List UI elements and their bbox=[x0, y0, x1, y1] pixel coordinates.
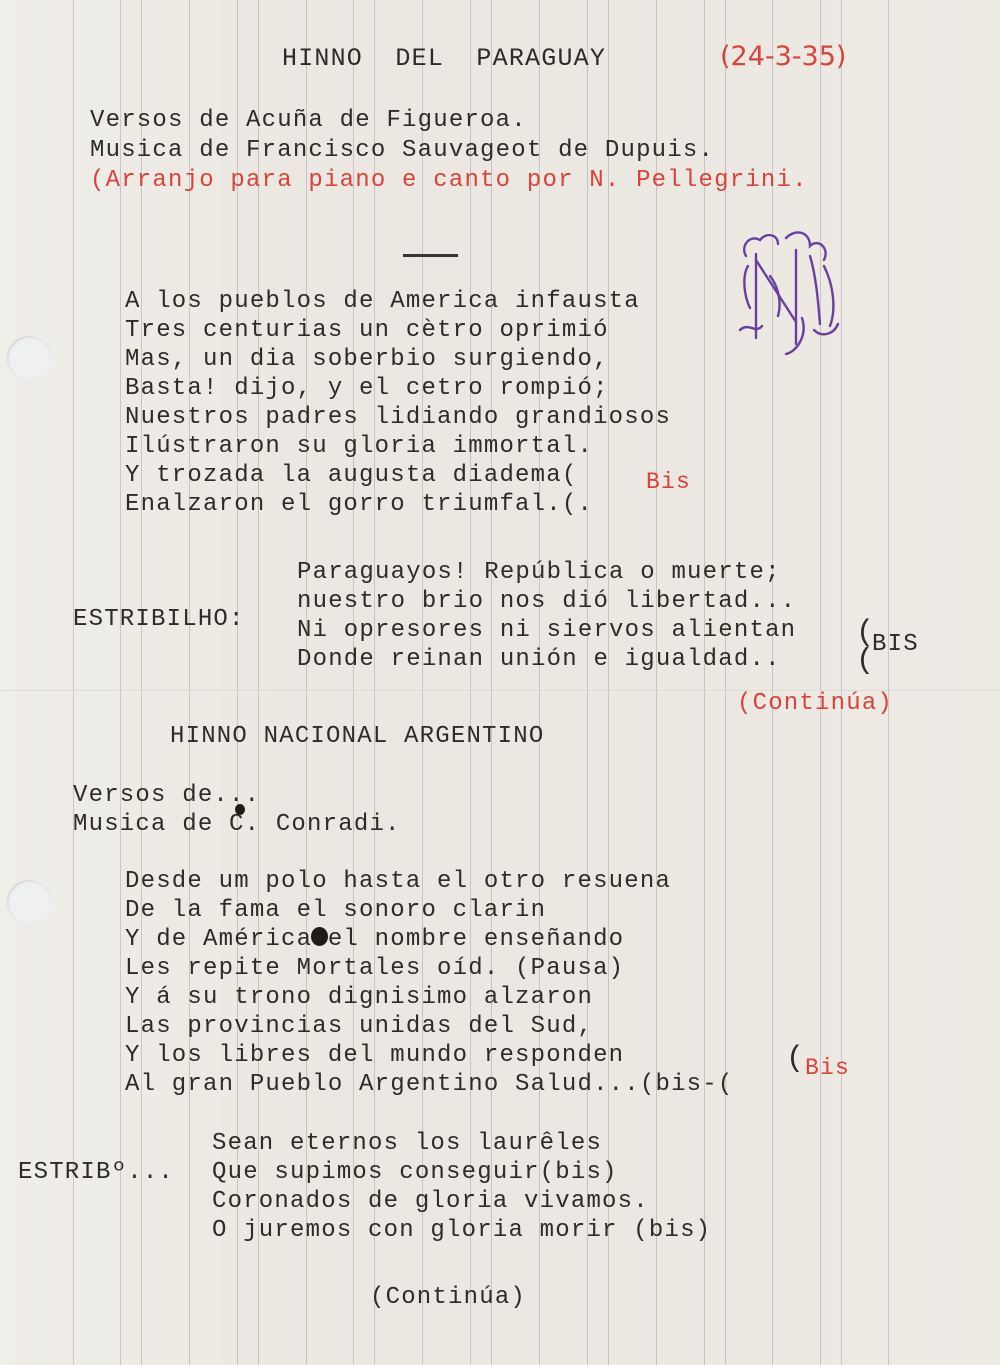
argentina-chorus-label: ESTRIBº... bbox=[18, 1158, 174, 1187]
paraguay-stanza-line: Tres centurias un cètro oprimió bbox=[125, 316, 609, 345]
argentina-chorus-line: Sean eternos los laurêles bbox=[212, 1129, 602, 1158]
argentina-stanza-line: Y á su trono dignisimo alzaron bbox=[125, 983, 593, 1012]
punch-hole bbox=[7, 880, 51, 924]
paraguay-stanza-line: Mas, un dia soberbio surgiendo, bbox=[125, 345, 609, 374]
punch-hole bbox=[7, 336, 51, 380]
argentina-title: HINNO NACIONAL ARGENTINO bbox=[170, 722, 544, 751]
ruled-line bbox=[189, 0, 190, 1365]
argentina-stanza-line: Y los libres del mundo responden bbox=[125, 1041, 624, 1070]
ruled-line bbox=[820, 0, 821, 1365]
argentina-credit-lyrics: Versos de... bbox=[73, 781, 260, 810]
paraguay-credit-lyrics: Versos de Acuña de Figueroa. bbox=[90, 106, 527, 135]
stanza-bracket: ( bbox=[786, 1044, 804, 1074]
argentina-chorus-line: Que supimos conseguir(bis) bbox=[212, 1158, 618, 1187]
ruled-line bbox=[725, 0, 726, 1365]
paraguay-chorus-label: ESTRIBILHO: bbox=[73, 605, 245, 634]
argentina-credit-music: Musica de C. Conradi. bbox=[73, 810, 401, 839]
paraguay-chorus-bis: BIS bbox=[872, 630, 919, 659]
paraguay-stanza-line: Ilústraron su gloria immortal. bbox=[125, 432, 593, 461]
paraguay-stanza-line: A los pueblos de America infausta bbox=[125, 287, 640, 316]
argentina-chorus-line: O juremos con gloria morir (bis) bbox=[212, 1216, 711, 1245]
typewritten-page: HINNO DEL PARAGUAY (24-3-35) Versos de A… bbox=[0, 0, 1000, 1365]
ruled-line bbox=[841, 0, 842, 1365]
argentina-stanza-line: Al gran Pueblo Argentino Salud...(bis-( bbox=[125, 1070, 734, 1099]
paraguay-chorus-line: Donde reinan unión e igualdad.. bbox=[297, 645, 781, 674]
ruled-line bbox=[772, 0, 773, 1365]
argentina-stanza-line: Les repite Mortales oíd. (Pausa) bbox=[125, 954, 624, 983]
monogram-stamp-icon bbox=[726, 226, 846, 362]
argentina-stanza-bis: Bis bbox=[805, 1054, 850, 1083]
paraguay-chorus-line: nuestro brio nos dió libertad... bbox=[297, 587, 796, 616]
ruled-line bbox=[704, 0, 705, 1365]
paraguay-title: HINNO DEL PARAGUAY bbox=[282, 44, 606, 73]
paraguay-credit-arrangement: (Arranjo para piano e canto por N. Pelle… bbox=[90, 166, 808, 195]
paraguay-stanza-bis: Bis bbox=[646, 468, 691, 497]
paraguay-credit-music: Musica de Francisco Sauvageot de Dupuis. bbox=[90, 136, 714, 165]
ruled-line bbox=[888, 0, 889, 1365]
paraguay-stanza-line: Y trozada la augusta diadema( bbox=[125, 461, 577, 490]
argentina-stanza-line: Y de América el nombre enseñando bbox=[125, 925, 624, 954]
paraguay-chorus-line: Paraguayos! República o muerte; bbox=[297, 558, 781, 587]
ruled-line bbox=[656, 0, 657, 1365]
paraguay-stanza-line: Nuestros padres lidiando grandiosos bbox=[125, 403, 671, 432]
argentina-stanza-line: De la fama el sonoro clarin bbox=[125, 896, 546, 925]
ink-blot bbox=[311, 927, 328, 946]
paraguay-chorus-line: Ni opresores ni siervos alientan bbox=[297, 616, 796, 645]
paraguay-stanza-line: Enalzaron el gorro triumfal.(. bbox=[125, 490, 593, 519]
paraguay-continues: (Continúa) bbox=[737, 689, 893, 718]
argentina-chorus-line: Coronados de gloria vivamos. bbox=[212, 1187, 649, 1216]
paraguay-stanza-line: Basta! dijo, y el cetro rompió; bbox=[125, 374, 609, 403]
argentina-continues: (Continúa) bbox=[370, 1283, 526, 1312]
argentina-stanza-line: Las provincias unidas del Sud, bbox=[125, 1012, 593, 1041]
paraguay-date: (24-3-35) bbox=[720, 42, 846, 71]
argentina-stanza-line: Desde um polo hasta el otro resuena bbox=[125, 867, 671, 896]
separator-dash bbox=[403, 254, 458, 257]
